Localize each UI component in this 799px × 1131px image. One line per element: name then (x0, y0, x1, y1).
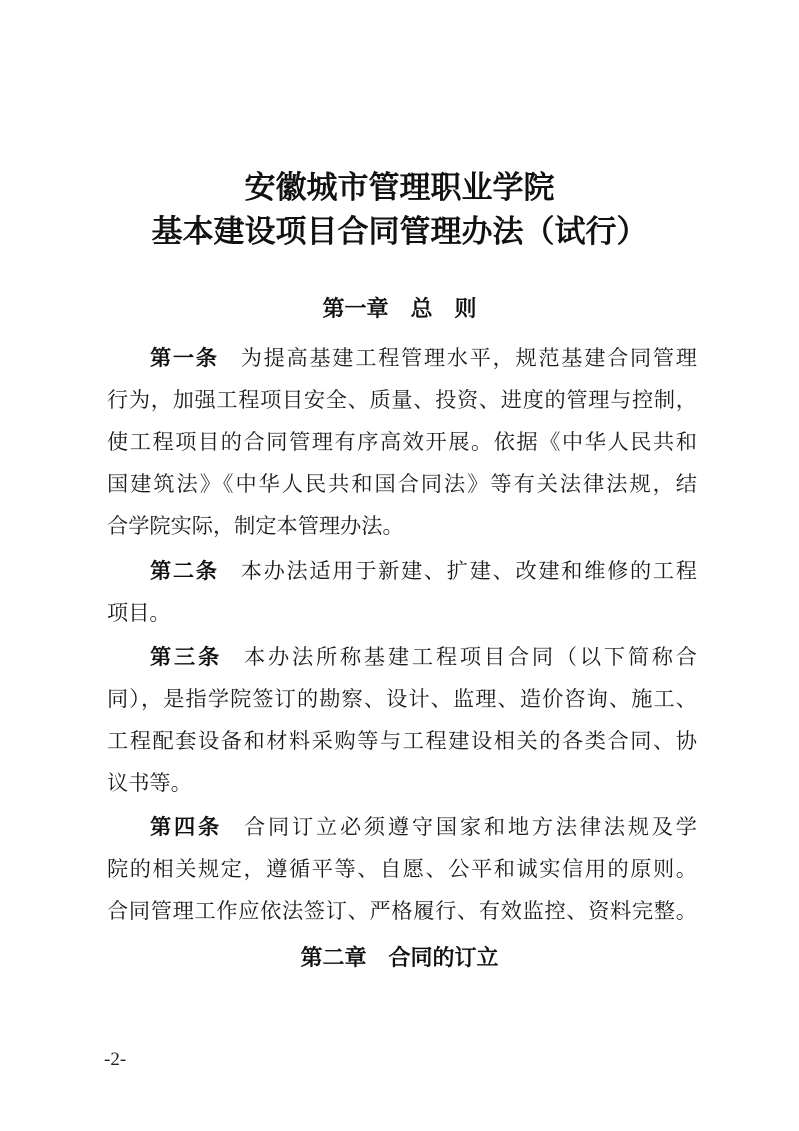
chapter-heading-2: 第二章 合同的订立 (0, 941, 799, 972)
article-1-line-4: 国建筑法》《中华人民共和国合同法》等有关法律法规，结 (107, 470, 697, 498)
article-2-line-2: 项目。 (107, 599, 697, 627)
document-page: 安徽城市管理职业学院 基本建设项目合同管理办法（试行） 第一章 总 则 第一条为… (0, 0, 799, 1131)
article-4-line-2: 院的相关规定，遵循平等、自愿、公平和诚实信用的原则。 (107, 855, 697, 883)
article-2-text: 本办法适用于新建、扩建、改建和维修的工程 (241, 558, 697, 583)
article-1-label: 第一条 (150, 345, 219, 370)
document-title-line-2: 基本建设项目合同管理办法（试行） (0, 206, 799, 251)
article-4-text: 合同订立必须遵守国家和地方法律法规及学 (244, 814, 697, 839)
article-1-text: 为提高基建工程管理水平，规范基建合同管理 (241, 345, 697, 370)
article-4-line-3: 合同管理工作应依法签订、严格履行、有效监控、资料完整。 (107, 897, 697, 925)
article-3-line-3: 工程配套设备和材料采购等与工程建设相关的各类合同、协 (107, 727, 697, 755)
article-2-label: 第二条 (150, 558, 219, 583)
article-3-line-2: 同），是指学院签订的勘察、设计、监理、造价咨询、施工、 (107, 685, 697, 713)
article-1-line-3: 使工程项目的合同管理有序高效开展。依据《中华人民共和 (107, 428, 697, 456)
article-4-line-1: 第四条合同订立必须遵守国家和地方法律法规及学 (150, 813, 697, 841)
article-3-label: 第三条 (150, 644, 222, 669)
article-1-line-2: 行为，加强工程项目安全、质量、投资、进度的管理与控制， (107, 386, 697, 414)
article-4-label: 第四条 (150, 814, 222, 839)
article-3-line-4: 议书等。 (107, 769, 697, 797)
page-number: -2- (104, 1049, 126, 1071)
article-1-line-1: 第一条为提高基建工程管理水平，规范基建合同管理 (150, 344, 697, 372)
article-3-line-1: 第三条本办法所称基建工程项目合同（以下简称合 (150, 643, 697, 671)
article-2-line-1: 第二条本办法适用于新建、扩建、改建和维修的工程 (150, 557, 697, 585)
chapter-heading-1: 第一章 总 则 (0, 292, 799, 323)
article-1-line-5: 合学院实际，制定本管理办法。 (107, 512, 697, 540)
article-3-text: 本办法所称基建工程项目合同（以下简称合 (244, 644, 697, 669)
document-title-line-1: 安徽城市管理职业学院 (0, 162, 799, 207)
